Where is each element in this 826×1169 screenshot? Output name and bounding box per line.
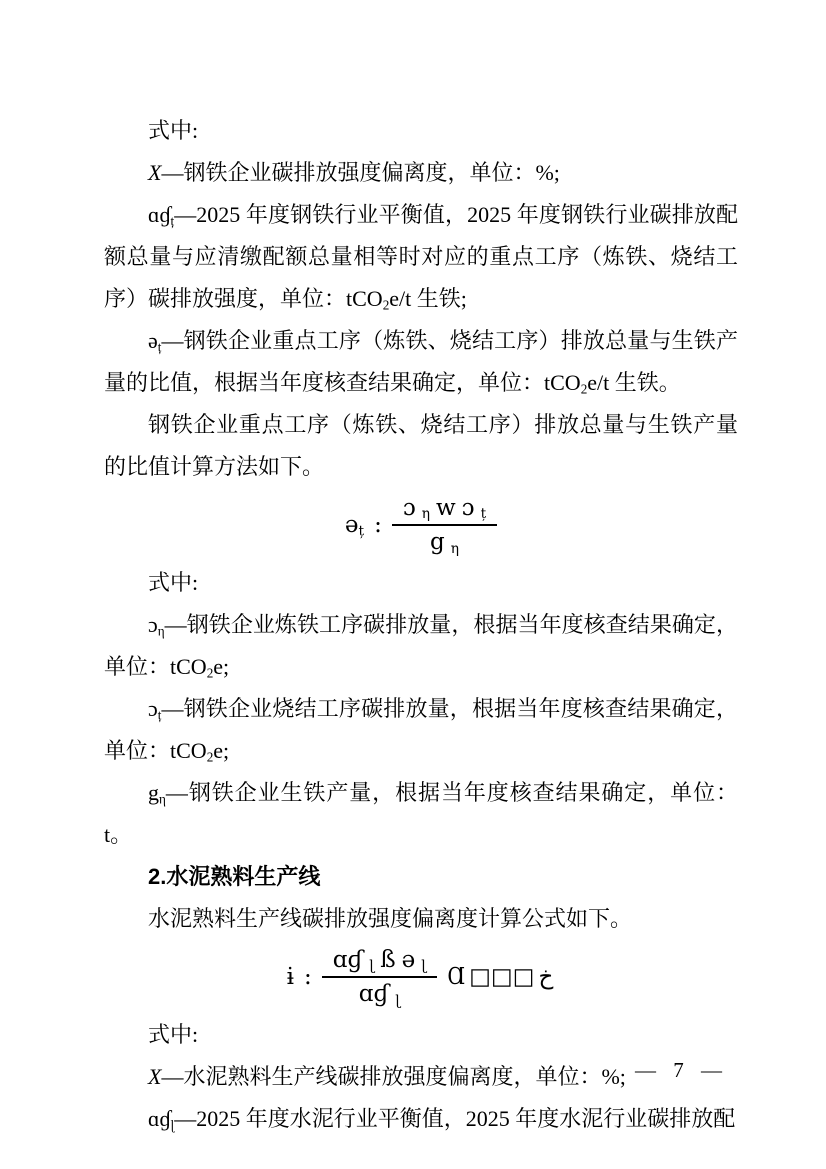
text-run: ɔ bbox=[148, 612, 158, 637]
variable-symbol: X bbox=[148, 160, 161, 185]
text-run: 式中: bbox=[148, 570, 198, 595]
formula-fraction: ɔηwɔțgη bbox=[392, 495, 497, 556]
text-run: □□□ bbox=[469, 964, 534, 990]
text-run: ɔ bbox=[403, 495, 416, 521]
page-number: — 7 — bbox=[635, 1056, 722, 1084]
subscript-symbol: ɭ bbox=[369, 958, 374, 974]
text-run: ɔ bbox=[462, 495, 475, 521]
text-run: g bbox=[148, 780, 159, 805]
text-run: ɑɠ bbox=[148, 1106, 171, 1131]
subscript-symbol: η bbox=[159, 791, 166, 806]
text-run: ɑɠ bbox=[359, 981, 389, 1007]
text-run: —钢铁企业烧结工序碳排放量，根据当年度核查结果确定，单位：tCO bbox=[104, 696, 738, 763]
text-run: —钢铁企业炼铁工序碳排放量，根据当年度核查结果确定，单位：tCO bbox=[104, 612, 738, 679]
text-run: ß bbox=[380, 947, 395, 973]
text-run: 式中: bbox=[148, 118, 198, 143]
text-run: Ɑ bbox=[447, 964, 465, 990]
formula-suffix: Ɑ□□□خ bbox=[445, 964, 555, 990]
fraction-numerator: ɑɠɭßəɭ bbox=[322, 947, 437, 978]
fraction-denominator: gη bbox=[427, 526, 462, 555]
paragraph: 式中: bbox=[104, 1014, 738, 1056]
paragraph: 钢铁企业重点工序（炼铁、烧结工序）排放总量与生铁产量的比值计算方法如下。 bbox=[104, 404, 738, 488]
paragraph: 式中: bbox=[104, 110, 738, 152]
subscript-symbol: η bbox=[451, 541, 459, 557]
paragraph: gη—钢铁企业生铁产量，根据当年度核查结果确定，单位：t。 bbox=[104, 772, 738, 856]
formula-relation: : bbox=[374, 512, 382, 538]
text-run: 水泥熟料生产线碳排放强度偏离度计算公式如下。 bbox=[148, 906, 632, 931]
text-run: —钢铁企业碳排放强度偏离度，单位：%; bbox=[161, 160, 559, 185]
text-run: —水泥熟料生产线碳排放强度偏离度，单位：%; bbox=[161, 1064, 625, 1089]
document-page: 式中:X—钢铁企业碳排放强度偏离度，单位：%;ɑɠț—2025 年度钢铁行业平衡… bbox=[0, 0, 826, 1169]
paragraph: X—钢铁企业碳排放强度偏离度，单位：%; bbox=[104, 152, 738, 194]
document-content: 式中:X—钢铁企业碳排放强度偏离度，单位：%;ɑɠț—2025 年度钢铁行业平衡… bbox=[104, 110, 738, 1140]
subscript-symbol: η bbox=[158, 623, 165, 638]
fraction-denominator: ɑɠɭ bbox=[356, 978, 403, 1007]
paragraph: əț—钢铁企业重点工序（炼铁、烧结工序）排放总量与生铁产量的比值，根据当年度核查… bbox=[104, 320, 738, 404]
paragraph: ɔț—钢铁企业烧结工序碳排放量，根据当年度核查结果确定，单位：tCO2e; bbox=[104, 688, 738, 772]
subscript-symbol: ț bbox=[359, 524, 365, 540]
text-run: خ bbox=[538, 964, 553, 990]
text-run: ə bbox=[148, 328, 158, 353]
subscript-symbol: ɭ bbox=[421, 958, 426, 974]
paragraph: ɑɠɭ—2025 年度水泥行业平衡值，2025 年度水泥行业碳排放配 bbox=[104, 1098, 738, 1140]
formula-lhs: ɨ bbox=[287, 964, 294, 990]
text-run: ɑɠ bbox=[148, 202, 171, 227]
text-run: g bbox=[430, 529, 445, 555]
text-run: ɨ bbox=[287, 964, 294, 990]
subscript-symbol: η bbox=[422, 506, 430, 522]
text-run: 式中: bbox=[148, 1022, 198, 1047]
formula-fraction: ɑɠɭßəɭɑɠɭ bbox=[322, 947, 437, 1008]
formula-relation: : bbox=[304, 964, 312, 990]
text-run: —钢铁企业生铁产量，根据当年度核查结果确定，单位：t。 bbox=[104, 780, 738, 847]
section-heading: 2.水泥熟料生产线 bbox=[104, 856, 738, 898]
fraction-numerator: ɔηwɔț bbox=[392, 495, 497, 526]
paragraph: ɑɠț—2025 年度钢铁行业平衡值，2025 年度钢铁行业碳排放配额总量与应清… bbox=[104, 194, 738, 320]
text-run: ɔ bbox=[148, 696, 158, 721]
text-run: ə bbox=[402, 947, 416, 973]
formula-lhs: əț bbox=[345, 512, 364, 538]
text-run: ɑɠ bbox=[333, 947, 363, 973]
text-run: e/t 生铁; bbox=[389, 286, 467, 311]
formula-steel: əț:ɔηwɔțgη bbox=[104, 495, 738, 556]
variable-symbol: X bbox=[148, 1064, 161, 1089]
text-run: —2025 年度水泥行业平衡值，2025 年度水泥行业碳排放配 bbox=[174, 1106, 735, 1131]
subscript-symbol: ɭ bbox=[395, 993, 400, 1009]
text-run: 钢铁企业重点工序（炼铁、烧结工序）排放总量与生铁产量的比值计算方法如下。 bbox=[104, 412, 738, 479]
text-run: e/t 生铁。 bbox=[587, 370, 681, 395]
subscript-symbol: ț bbox=[481, 506, 487, 522]
formula-cement: ɨ:ɑɠɭßəɭɑɠɭⱭ□□□خ bbox=[104, 947, 738, 1008]
text-run: e; bbox=[213, 654, 229, 679]
text-run: e; bbox=[213, 738, 229, 763]
paragraph: 式中: bbox=[104, 562, 738, 604]
text-run: w bbox=[436, 495, 456, 521]
paragraph: 水泥熟料生产线碳排放强度偏离度计算公式如下。 bbox=[104, 898, 738, 940]
text-run: ə bbox=[345, 512, 359, 538]
paragraph: ɔη—钢铁企业炼铁工序碳排放量，根据当年度核查结果确定，单位：tCO2e; bbox=[104, 604, 738, 688]
